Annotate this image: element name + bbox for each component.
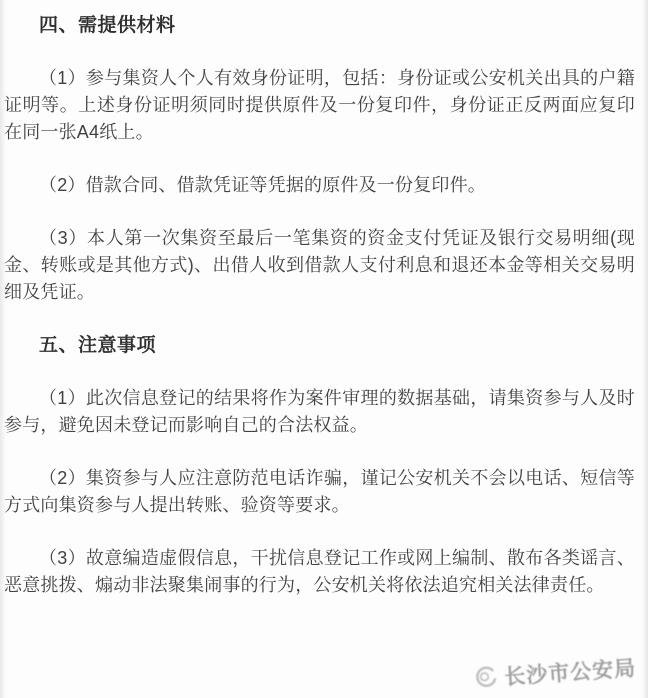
section-heading-notes: 五、注意事项	[4, 332, 635, 359]
article-page: 四、需提供材料 （1）参与集资人个人有效身份证明，包括：身份证或公安机关出具的户…	[0, 0, 648, 698]
paragraph: （1）此次信息登记的结果将作为案件审理的数据基础，请集资参与人及时参与，避免因未…	[4, 385, 635, 439]
paragraph: （3）本人第一次集资至最后一笔集资的资金支付凭证及银行交易明细(现金、转账或是其…	[4, 225, 635, 306]
paragraph: （3）故意编造虚假信息，干扰信息登记工作或网上编制、散布各类谣言、恶意挑拨、煽动…	[4, 545, 635, 599]
paragraph: （2）集资参与人应注意防范电话诈骗，谨记公安机关不会以电话、短信等方式向集资参与…	[4, 465, 635, 519]
document-content: 四、需提供材料 （1）参与集资人个人有效身份证明，包括：身份证或公安机关出具的户…	[0, 0, 648, 599]
paragraph: （1）参与集资人个人有效身份证明，包括：身份证或公安机关出具的户籍证明等。上述身…	[4, 65, 635, 146]
section-heading-materials: 四、需提供材料	[4, 12, 635, 39]
section-materials: 四、需提供材料 （1）参与集资人个人有效身份证明，包括：身份证或公安机关出具的户…	[4, 12, 635, 306]
section-notes: 五、注意事项 （1）此次信息登记的结果将作为案件审理的数据基础，请集资参与人及时…	[4, 332, 635, 599]
watermark-text: 长沙市公安局	[503, 652, 637, 691]
paragraph: （2）借款合同、借款凭证等凭据的原件及一份复印件。	[4, 172, 635, 199]
watermark: 长沙市公安局	[471, 652, 637, 693]
emblem-icon	[471, 663, 500, 692]
